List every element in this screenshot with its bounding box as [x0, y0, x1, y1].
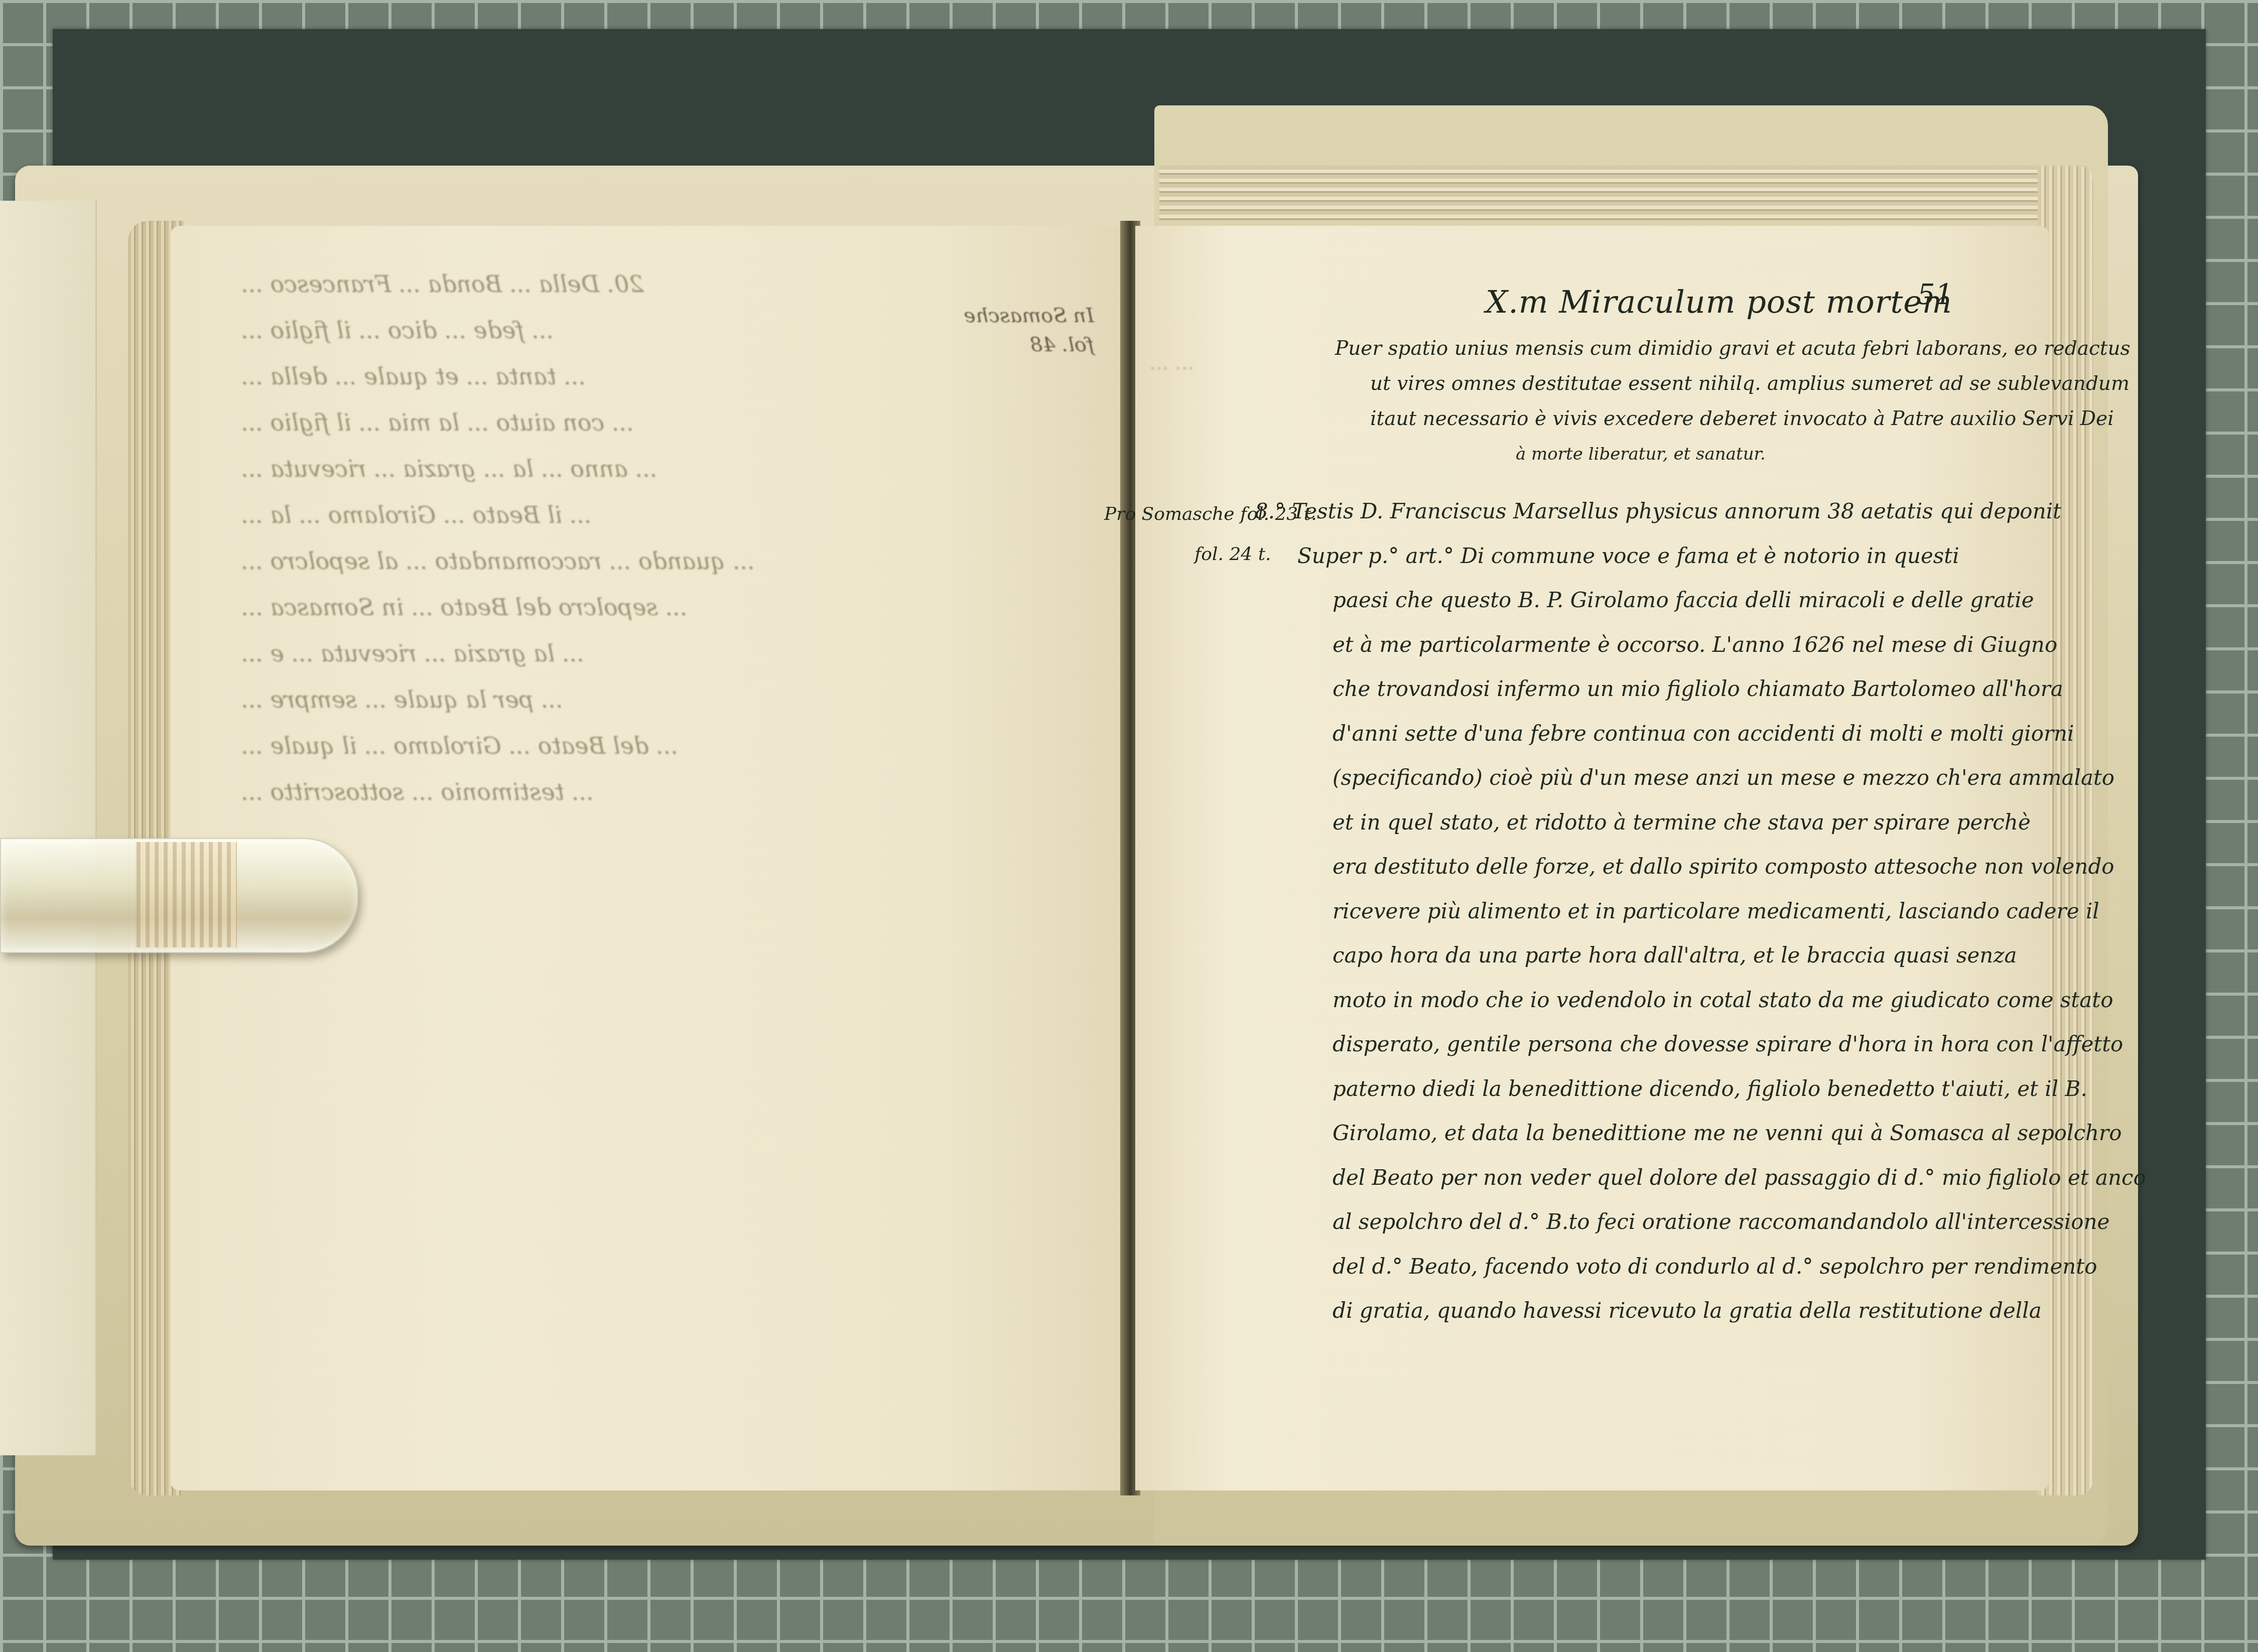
page-stack-top-edge — [1159, 166, 2088, 221]
testimony-line: 8.° Testis D. Franciscus Marsellus physi… — [1212, 489, 2146, 534]
testimony-line: al sepolchro del d.° B.to feci oratione … — [1197, 1200, 2146, 1245]
latin-line: ut vires omnes destitutae essent nihilq.… — [1335, 366, 2131, 401]
testimony-line: (specificando) cioè più d'un mese anzi u… — [1197, 756, 2146, 800]
testimony-line: paesi che questo B. P. Girolamo faccia d… — [1197, 578, 2146, 623]
bleed-line: ... la grazia ... ricevuta ... e ... — [241, 630, 944, 676]
bleed-line: ... del Beato ... Girolamo ... il quale … — [241, 723, 944, 769]
latin-line: Puer spatio unius mensis cum dimidio gra… — [1335, 331, 2131, 366]
bleed-line: ... fede ... dico ... il figlio ... — [241, 307, 944, 353]
bleed-line: ... sepolcro del Beato ... in Somasca ..… — [241, 584, 944, 630]
folio-number: 51 — [1917, 279, 1953, 311]
testimony-line: et in quel stato, et ridotto à termine c… — [1197, 800, 2146, 845]
testimony-line: del Beato per non veder quel dolore del … — [1197, 1156, 2146, 1200]
testimony-line: et à me particolarmente è occorso. L'ann… — [1197, 623, 2146, 667]
witness-testimony: 8.° Testis D. Franciscus Marsellus physi… — [1197, 489, 2146, 1333]
bleed-line: ... con aiuto ... la mia ... il figlio .… — [241, 399, 944, 446]
latin-summary: Puer spatio unius mensis cum dimidio gra… — [1335, 331, 2131, 472]
testimony-line: era destituto delle forze, et dallo spir… — [1197, 845, 2146, 889]
bleed-line: ... il Beato ... Girolamo ... la ... — [241, 492, 944, 538]
testimony-line: che trovandosi infermo un mio figliolo c… — [1197, 667, 2146, 712]
testimony-line: di gratia, quando havessi ricevuto la gr… — [1197, 1289, 2146, 1333]
testimony-line: ricevere più alimento et in particolare … — [1197, 889, 2146, 934]
page-heading: X.m Miraculum post mortem — [1486, 284, 1952, 320]
testimony-line: moto in modo che io vedendolo in cotal s… — [1197, 978, 2146, 1023]
testimony-line: disperato, gentile persona che dovesse s… — [1197, 1022, 2146, 1067]
latin-line: à morte liberatur, et sanatur. — [1335, 437, 2131, 472]
right-margin-bleed: ... ... — [1149, 351, 1194, 374]
testimony-line: d'anni sette d'una febre continua con ac… — [1197, 712, 2146, 756]
testimony-line: paterno diedi la benedittione dicendo, f… — [1197, 1067, 2146, 1112]
bleed-line: ... quando ... raccomandato ... al sepol… — [241, 538, 944, 584]
testimony-line: capo hora da una parte hora dall'altra, … — [1197, 933, 2146, 978]
testimony-line: Super p.° art.° Di commune voce e fama e… — [1197, 534, 2146, 579]
testimony-line: del d.° Beato, facendo voto di condurlo … — [1197, 1245, 2146, 1289]
left-margin-note: In Somasche fol. 48 — [964, 301, 1094, 359]
cover-flap-left — [0, 201, 97, 1455]
bleed-line: ... anno ... la ... grazia ... ricevuta … — [241, 446, 944, 492]
bleed-line: ... tanta ... et quale ... della ... — [241, 353, 944, 399]
margin-note-line: fol. 48 — [964, 330, 1094, 359]
margin-note-line: In Somasche — [964, 301, 1094, 330]
left-page-bleed-text: 20. Della ... Bonda ... Francesco ... ..… — [241, 261, 944, 815]
testimony-line: Girolamo, et data la benedittione me ne … — [1197, 1111, 2146, 1156]
bleed-line: ... testimonio ... sottoscritto ... — [241, 769, 944, 815]
bleed-line: ... per la quale ... sempre ... — [241, 676, 944, 723]
glass-book-weight — [0, 838, 358, 953]
bleed-line: 20. Della ... Bonda ... Francesco ... — [241, 261, 944, 307]
latin-line: itaut necessario è vivis excedere debere… — [1335, 401, 2131, 437]
